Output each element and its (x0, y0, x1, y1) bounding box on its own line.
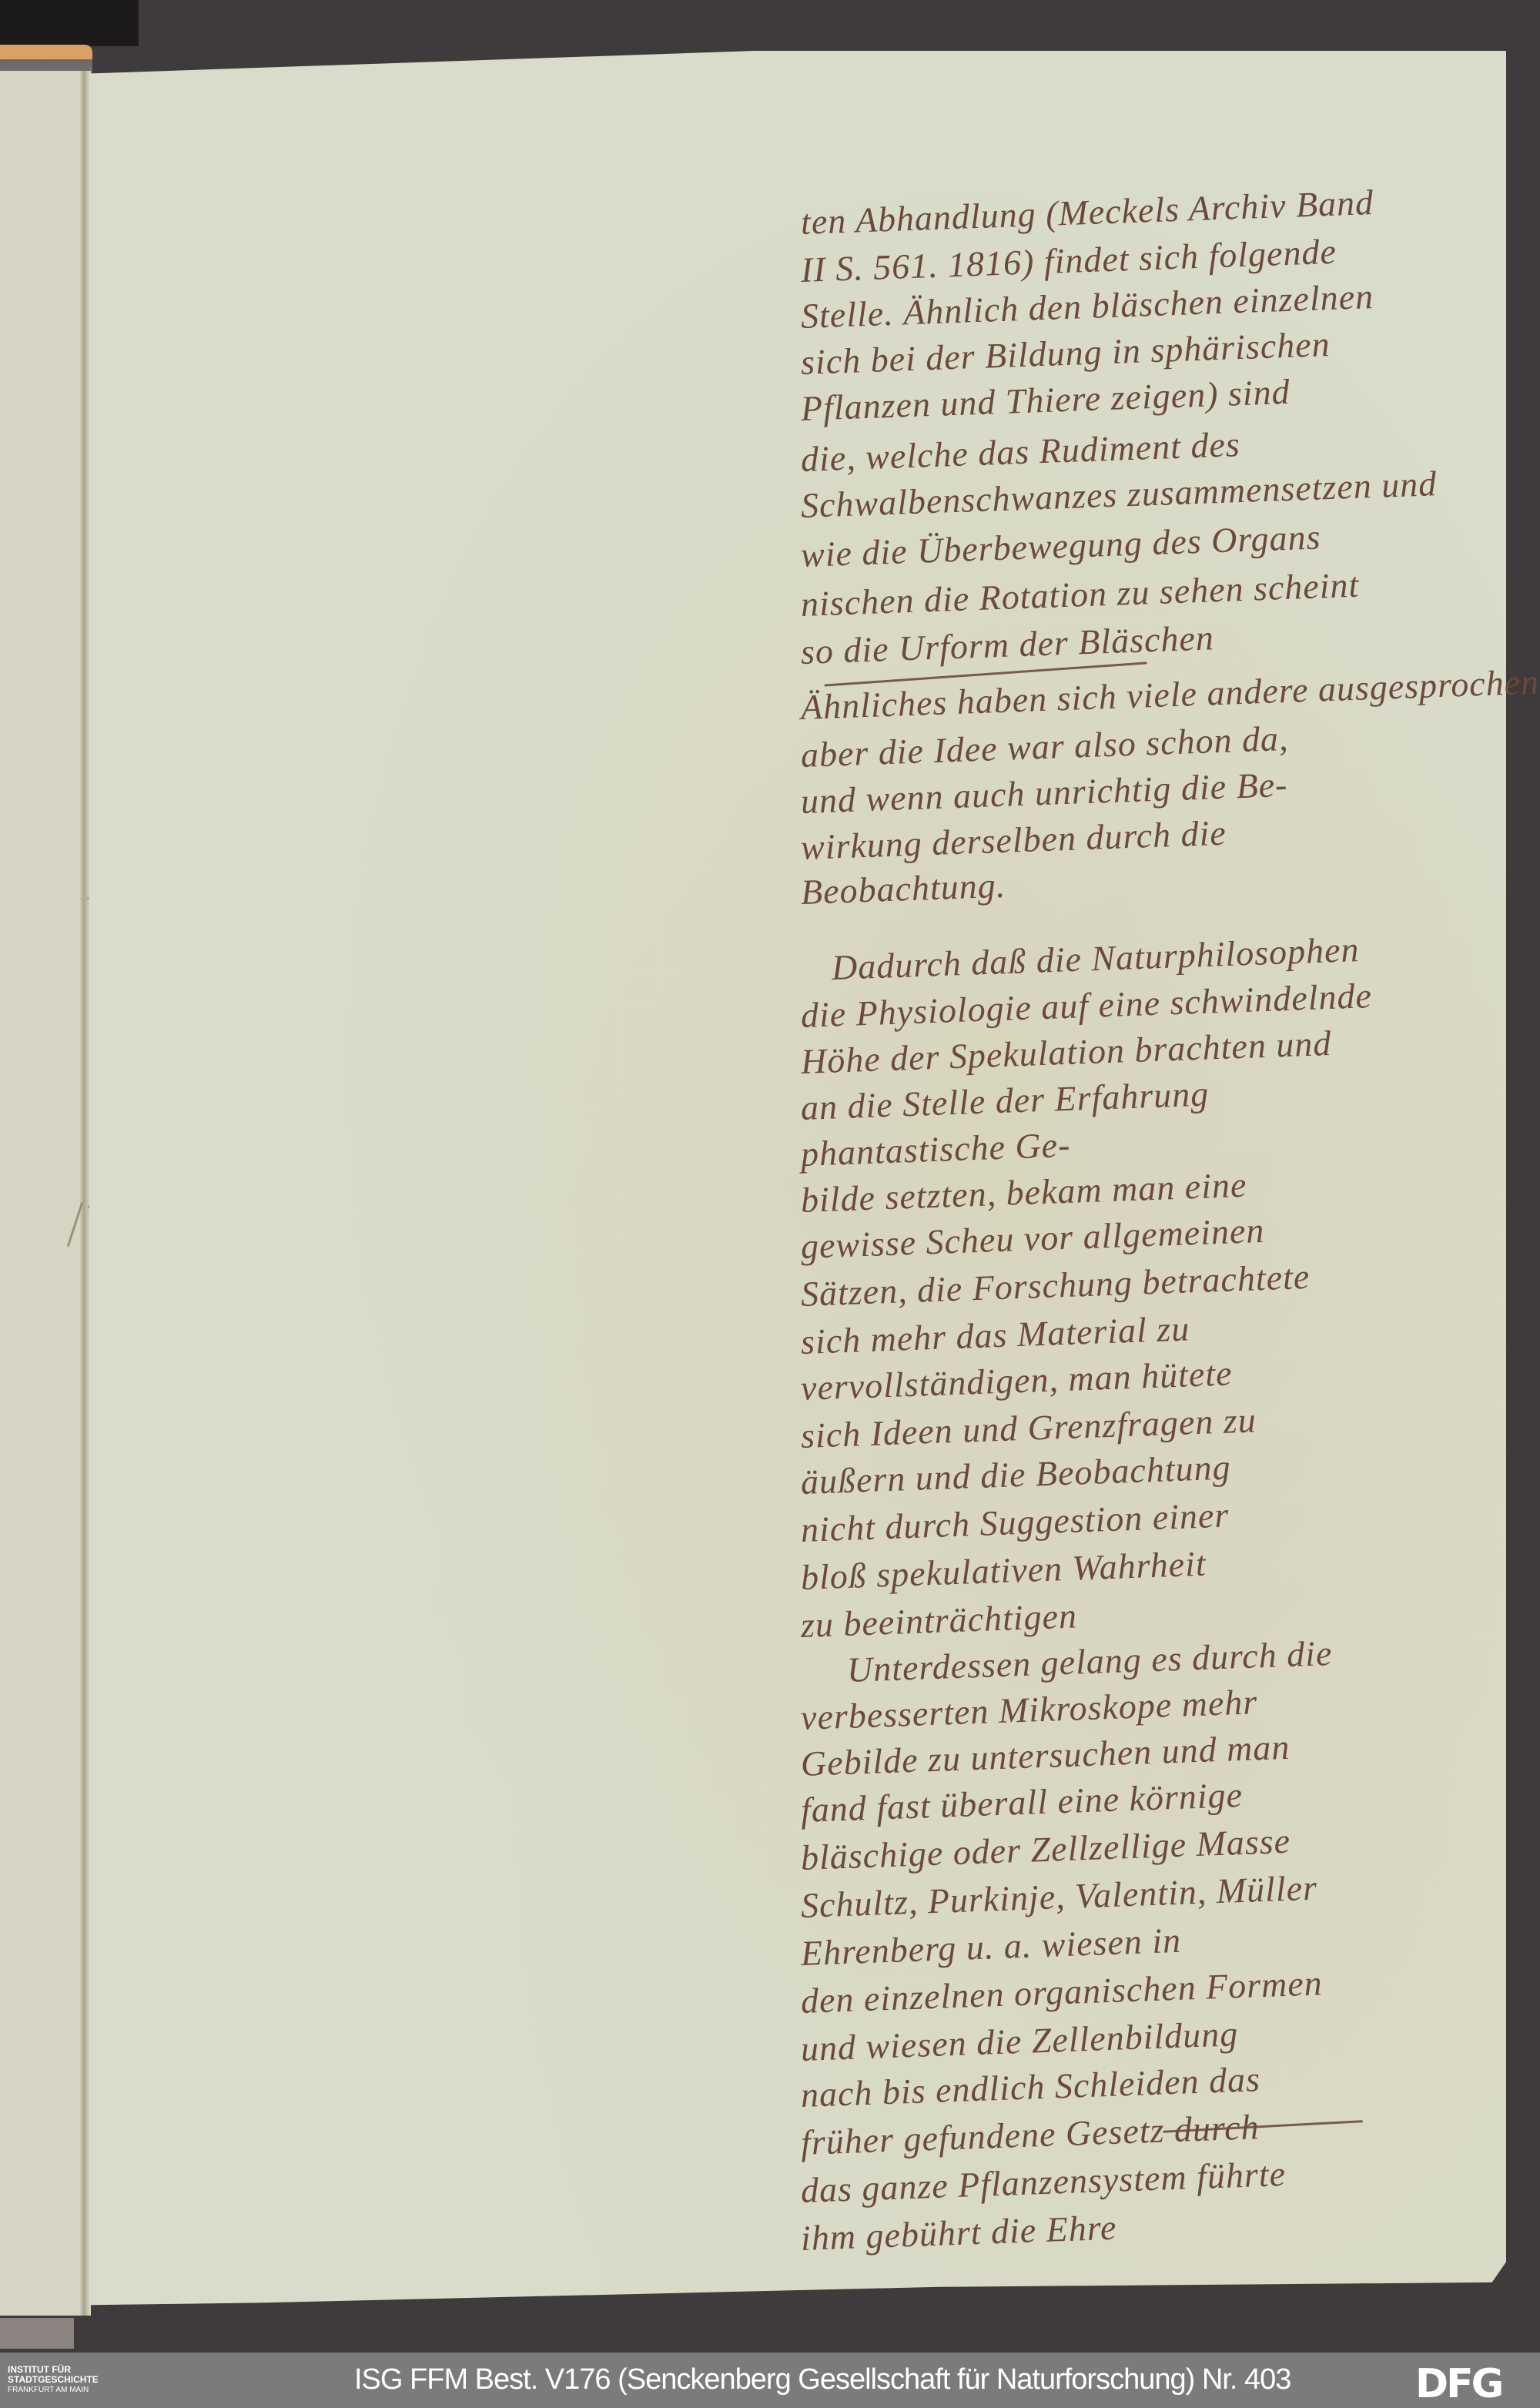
archive-caption: ISG FFM Best. V176 (Senckenberg Gesellsc… (354, 2363, 1291, 2396)
manuscript-line: Beobachtung. (800, 865, 1006, 913)
left-page-blank (0, 71, 91, 2316)
institution-name-line2: STADTGESCHICHTE (8, 2375, 99, 2385)
dfg-logo-icon: DFG (1415, 2361, 1501, 2407)
institution-logo: INSTITUT FÜR STADTGESCHICHTE FRANKFURT A… (8, 2365, 99, 2395)
institution-city: FRANKFURT AM MAIN (8, 2385, 99, 2395)
archive-footer-bar: INSTITUT FÜR STADTGESCHICHTE FRANKFURT A… (0, 2353, 1540, 2408)
dark-backdrop (0, 0, 139, 46)
book-cover-bottom (0, 2318, 74, 2349)
book-spine (80, 71, 89, 2316)
